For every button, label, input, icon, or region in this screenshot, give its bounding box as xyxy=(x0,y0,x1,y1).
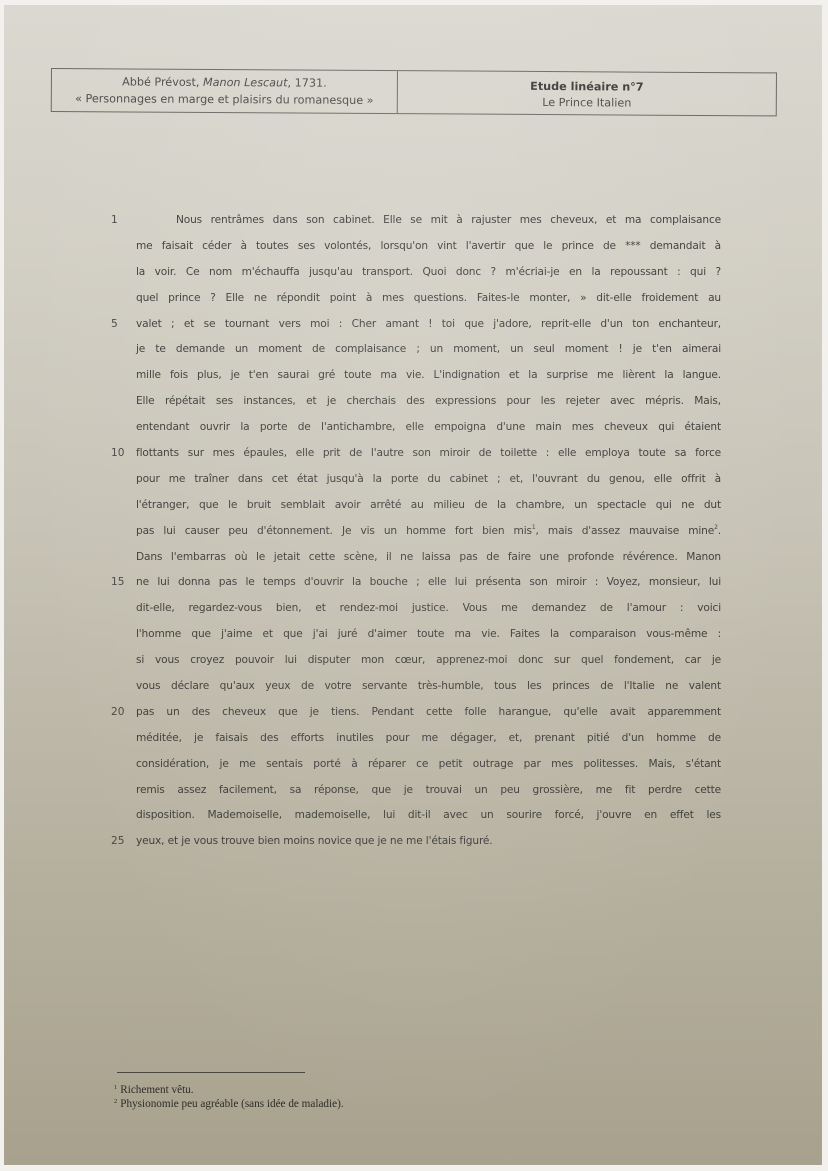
footnote-text: Richement vêtu. xyxy=(120,1084,193,1096)
passage-text: 1Nous rentrâmes dans son cabinet. Elle s… xyxy=(4,208,822,855)
footnote-item: 2Physionomie peu agréable (sans idée de … xyxy=(114,1097,344,1111)
line-text: vous déclare qu'aux yeux de votre servan… xyxy=(136,674,721,700)
passage-line: dit-elle, regardez-vous bien, et rendez-… xyxy=(4,596,822,622)
passage-line: quel prince ? Elle ne répondit point à m… xyxy=(4,286,822,312)
passage-line: 15ne lui donna pas le temps d'ouvrir la … xyxy=(4,570,822,596)
passage-line: je te demande un moment de complaisance … xyxy=(4,337,822,363)
line-text: yeux, et je vous trouve bien moins novic… xyxy=(136,829,721,855)
work-title: Manon Lescaut xyxy=(203,76,288,90)
line-text: Nous rentrâmes dans son cabinet. Elle se… xyxy=(176,208,721,234)
line-text: Elle répétait ses instances, et je cherc… xyxy=(136,389,721,415)
corpus-subtitle: « Personnages en marge et plaisirs du ro… xyxy=(75,90,374,109)
passage-line: pas lui causer peu d'étonnement. Je vis … xyxy=(4,519,822,545)
passage-line: remis assez facilement, sa réponse, que … xyxy=(4,778,822,804)
line-text: valet ; et se tournant vers moi : Cher a… xyxy=(136,312,721,338)
passage-line: mille fois plus, je t'en saurai gré tout… xyxy=(4,363,822,389)
line-text: considération, je me sentais porté à rép… xyxy=(136,752,721,778)
line-text: quel prince ? Elle ne répondit point à m… xyxy=(136,286,721,312)
line-text: pour me traîner dans cet état jusqu'à la… xyxy=(136,467,721,493)
line-number: 5 xyxy=(111,312,136,338)
author: Abbé Prévost, xyxy=(122,75,203,88)
footnote-separator xyxy=(117,1072,305,1073)
year: , 1731. xyxy=(287,76,326,89)
line-text: entendant ouvrir la porte de l'antichamb… xyxy=(136,415,721,441)
passage-line: 5valet ; et se tournant vers moi : Cher … xyxy=(4,312,822,338)
passage-line: l'étranger, que le bruit semblait avoir … xyxy=(4,493,822,519)
passage-line: Dans l'embarras où le jetait cette scène… xyxy=(4,545,822,571)
passage-line: 25yeux, et je vous trouve bien moins nov… xyxy=(4,829,822,855)
footnote-text: Physionomie peu agréable (sans idée de m… xyxy=(120,1098,343,1110)
line-text: pas lui causer peu d'étonnement. Je vis … xyxy=(136,519,721,545)
passage-line: 1Nous rentrâmes dans son cabinet. Elle s… xyxy=(4,208,822,234)
passage-line: vous déclare qu'aux yeux de votre servan… xyxy=(4,674,822,700)
line-text: Dans l'embarras où le jetait cette scène… xyxy=(136,545,721,571)
line-text: ne lui donna pas le temps d'ouvrir la bo… xyxy=(136,570,721,596)
line-text: dit-elle, regardez-vous bien, et rendez-… xyxy=(136,596,721,622)
passage-line: Elle répétait ses instances, et je cherc… xyxy=(4,389,822,415)
passage-line: méditée, je faisais des efforts inutiles… xyxy=(4,726,822,752)
passage-line: pour me traîner dans cet état jusqu'à la… xyxy=(4,467,822,493)
passage-line: me faisait céder à toutes ses volontés, … xyxy=(4,234,822,260)
line-text: si vous croyez pouvoir lui disputer mon … xyxy=(136,648,721,674)
line-text: pas un des cheveux que je tiens. Pendant… xyxy=(136,700,721,726)
header-study-cell: Etude linéaire n°7 Le Prince Italien xyxy=(398,71,776,115)
line-text: l'homme que j'aime et que j'ai juré d'ai… xyxy=(136,622,721,648)
footnote-marker: 1 xyxy=(532,524,536,531)
header-source-cell: Abbé Prévost, Manon Lescaut, 1731. « Per… xyxy=(52,69,398,113)
passage-line: si vous croyez pouvoir lui disputer mon … xyxy=(4,648,822,674)
line-text: me faisait céder à toutes ses volontés, … xyxy=(136,234,721,260)
footnotes: 1Richement vêtu.2Physionomie peu agréabl… xyxy=(114,1083,344,1111)
footnote-marker: 2 xyxy=(714,524,718,531)
line-text: méditée, je faisais des efforts inutiles… xyxy=(136,726,721,752)
passage-line: l'homme que j'aime et que j'ai juré d'ai… xyxy=(4,622,822,648)
footnote-number: 2 xyxy=(114,1098,117,1105)
study-title: Le Prince Italien xyxy=(542,95,631,112)
line-text: l'étranger, que le bruit semblait avoir … xyxy=(136,493,721,519)
line-text: je te demande un moment de complaisance … xyxy=(136,337,721,363)
line-number: 1 xyxy=(111,208,136,234)
line-text: flottants sur mes épaules, elle prit de … xyxy=(136,441,721,467)
footnote-item: 1Richement vêtu. xyxy=(114,1083,344,1097)
line-number: 20 xyxy=(111,700,136,726)
line-number: 15 xyxy=(111,570,136,596)
line-number: 25 xyxy=(111,829,136,855)
passage-line: disposition. Mademoiselle, mademoiselle,… xyxy=(4,803,822,829)
line-text: mille fois plus, je t'en saurai gré tout… xyxy=(136,363,721,389)
header-table: Abbé Prévost, Manon Lescaut, 1731. « Per… xyxy=(51,68,777,116)
passage-line: entendant ouvrir la porte de l'antichamb… xyxy=(4,415,822,441)
passage-line: la voir. Ce nom m'échauffa jusqu'au tran… xyxy=(4,260,822,286)
passage-line: 20pas un des cheveux que je tiens. Penda… xyxy=(4,700,822,726)
document-photo: Abbé Prévost, Manon Lescaut, 1731. « Per… xyxy=(4,5,822,1165)
passage-line: 10flottants sur mes épaules, elle prit d… xyxy=(4,441,822,467)
line-text: remis assez facilement, sa réponse, que … xyxy=(136,778,721,804)
footnote-number: 1 xyxy=(114,1084,117,1091)
line-text: la voir. Ce nom m'échauffa jusqu'au tran… xyxy=(136,260,721,286)
line-number: 10 xyxy=(111,441,136,467)
study-label: Etude linéaire n°7 xyxy=(530,79,644,96)
passage-line: considération, je me sentais porté à rép… xyxy=(4,752,822,778)
line-text: disposition. Mademoiselle, mademoiselle,… xyxy=(136,803,721,829)
source-line: Abbé Prévost, Manon Lescaut, 1731. xyxy=(122,73,327,91)
